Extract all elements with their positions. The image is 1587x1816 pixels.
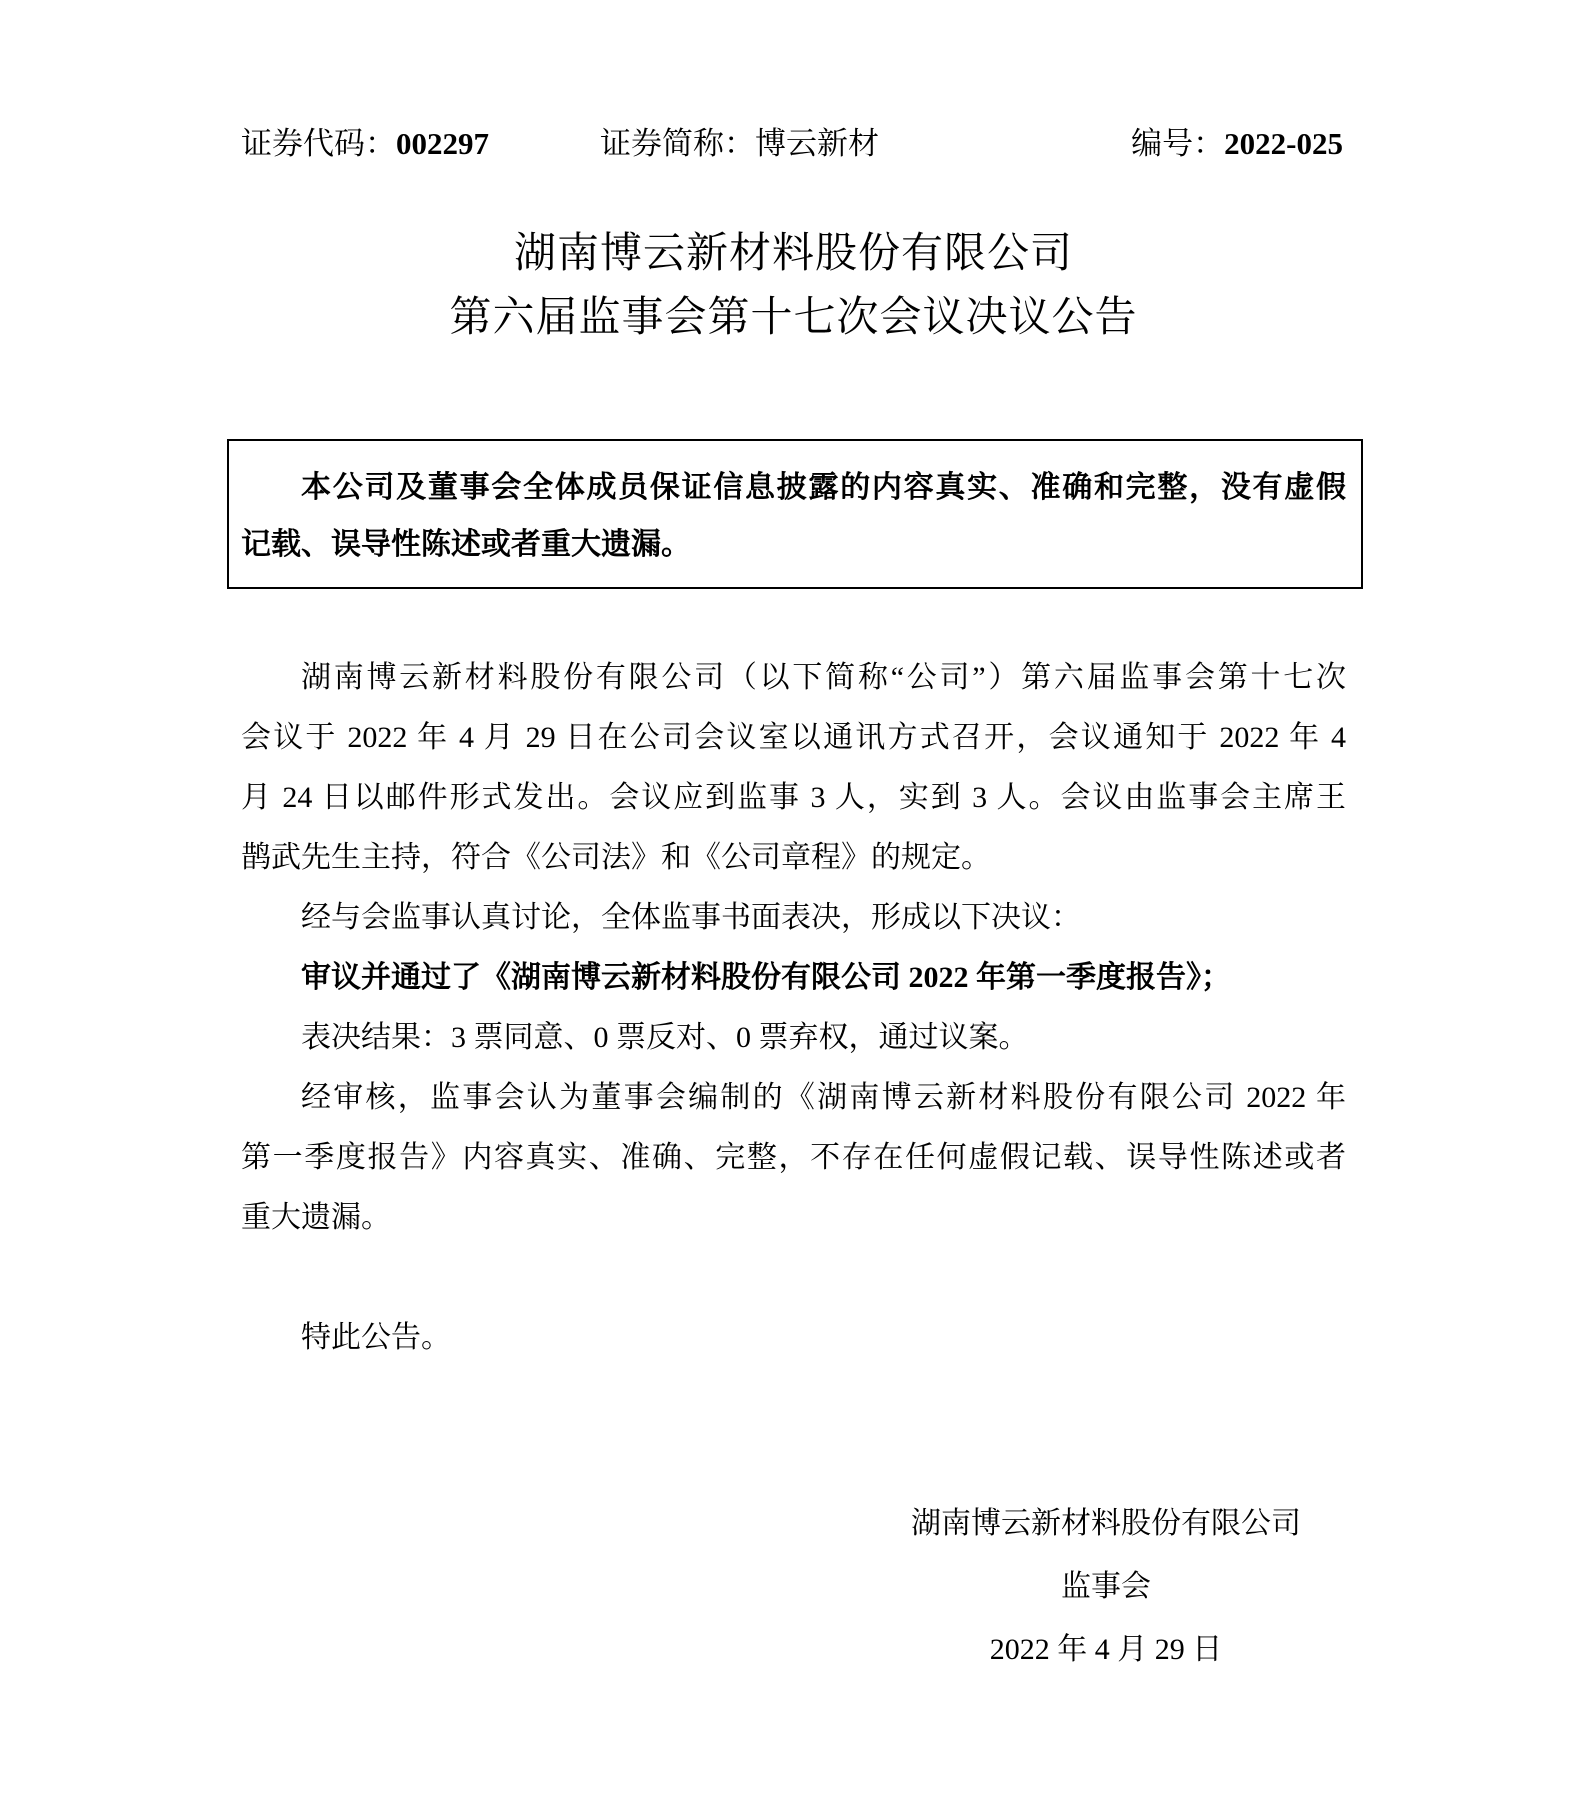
stock-code-label: 证券代码： — [241, 126, 396, 161]
doc-number-label: 编号： — [1131, 126, 1224, 161]
stock-code-value: 002297 — [396, 126, 489, 161]
paragraph-line: 湖南博云新材料股份有限公司（以下简称“公司”）第六届监事会第十七次 — [241, 648, 1346, 708]
disclaimer-line: 记载、误导性陈述或者重大遗漏。 — [241, 516, 1346, 573]
paragraph-line: 重大遗漏。 — [241, 1188, 1346, 1248]
disclaimer-box: 本公司及董事会全体成员保证信息披露的内容真实、准确和完整，没有虚假 记载、误导性… — [227, 439, 1363, 589]
signature-block: 湖南博云新材料股份有限公司 监事会 2022 年 4 月 29 日 — [626, 1492, 1586, 1681]
resolution-line: 审议并通过了《湖南博云新材料股份有限公司 2022 年第一季度报告》； — [241, 948, 1346, 1008]
signature-date: 2022 年 4 月 29 日 — [626, 1618, 1586, 1681]
paragraph-line: 鹊武先生主持，符合《公司法》和《公司章程》的规定。 — [241, 828, 1346, 888]
stock-code-item: 证券代码：002297 — [241, 122, 489, 166]
paragraph-line: 会议于 2022 年 4 月 29 日在公司会议室以通讯方式召开，会议通知于 2… — [241, 708, 1346, 768]
document-header: 证券代码：002297 证券简称：博云新材 编号：2022-025 — [0, 122, 1587, 166]
paragraph-line: 经与会监事认真讨论，全体监事书面表决，形成以下决议： — [241, 888, 1346, 948]
document-body: 湖南博云新材料股份有限公司（以下简称“公司”）第六届监事会第十七次 会议于 20… — [241, 648, 1346, 1368]
document-title: 湖南博云新材料股份有限公司 第六届监事会第十七次会议决议公告 — [0, 222, 1587, 350]
paragraph-line: 第一季度报告》内容真实、准确、完整，不存在任何虚假记载、误导性陈述或者 — [241, 1128, 1346, 1188]
vote-result-line: 表决结果：3 票同意、0 票反对、0 票弃权，通过议案。 — [241, 1008, 1346, 1068]
signature-department: 监事会 — [626, 1555, 1586, 1618]
announcement-document: 证券代码：002297 证券简称：博云新材 编号：2022-025 湖南博云新材… — [0, 0, 1587, 1816]
stock-name-label: 证券简称： — [600, 126, 755, 161]
document-title-company: 湖南博云新材料股份有限公司 — [0, 222, 1587, 286]
stock-name-value: 博云新材 — [755, 126, 879, 161]
document-title-meeting: 第六届监事会第十七次会议决议公告 — [0, 286, 1587, 350]
signature-company: 湖南博云新材料股份有限公司 — [626, 1492, 1586, 1555]
stock-name-item: 证券简称：博云新材 — [600, 122, 879, 166]
doc-number-value: 2022-025 — [1224, 126, 1343, 161]
disclaimer-line: 本公司及董事会全体成员保证信息披露的内容真实、准确和完整，没有虚假 — [241, 459, 1346, 516]
doc-number-item: 编号：2022-025 — [1131, 122, 1343, 166]
closing-line: 特此公告。 — [241, 1308, 1346, 1368]
paragraph-line: 月 24 日以邮件形式发出。会议应到监事 3 人，实到 3 人。会议由监事会主席… — [241, 768, 1346, 828]
paragraph-line: 经审核，监事会认为董事会编制的《湖南博云新材料股份有限公司 2022 年 — [241, 1068, 1346, 1128]
